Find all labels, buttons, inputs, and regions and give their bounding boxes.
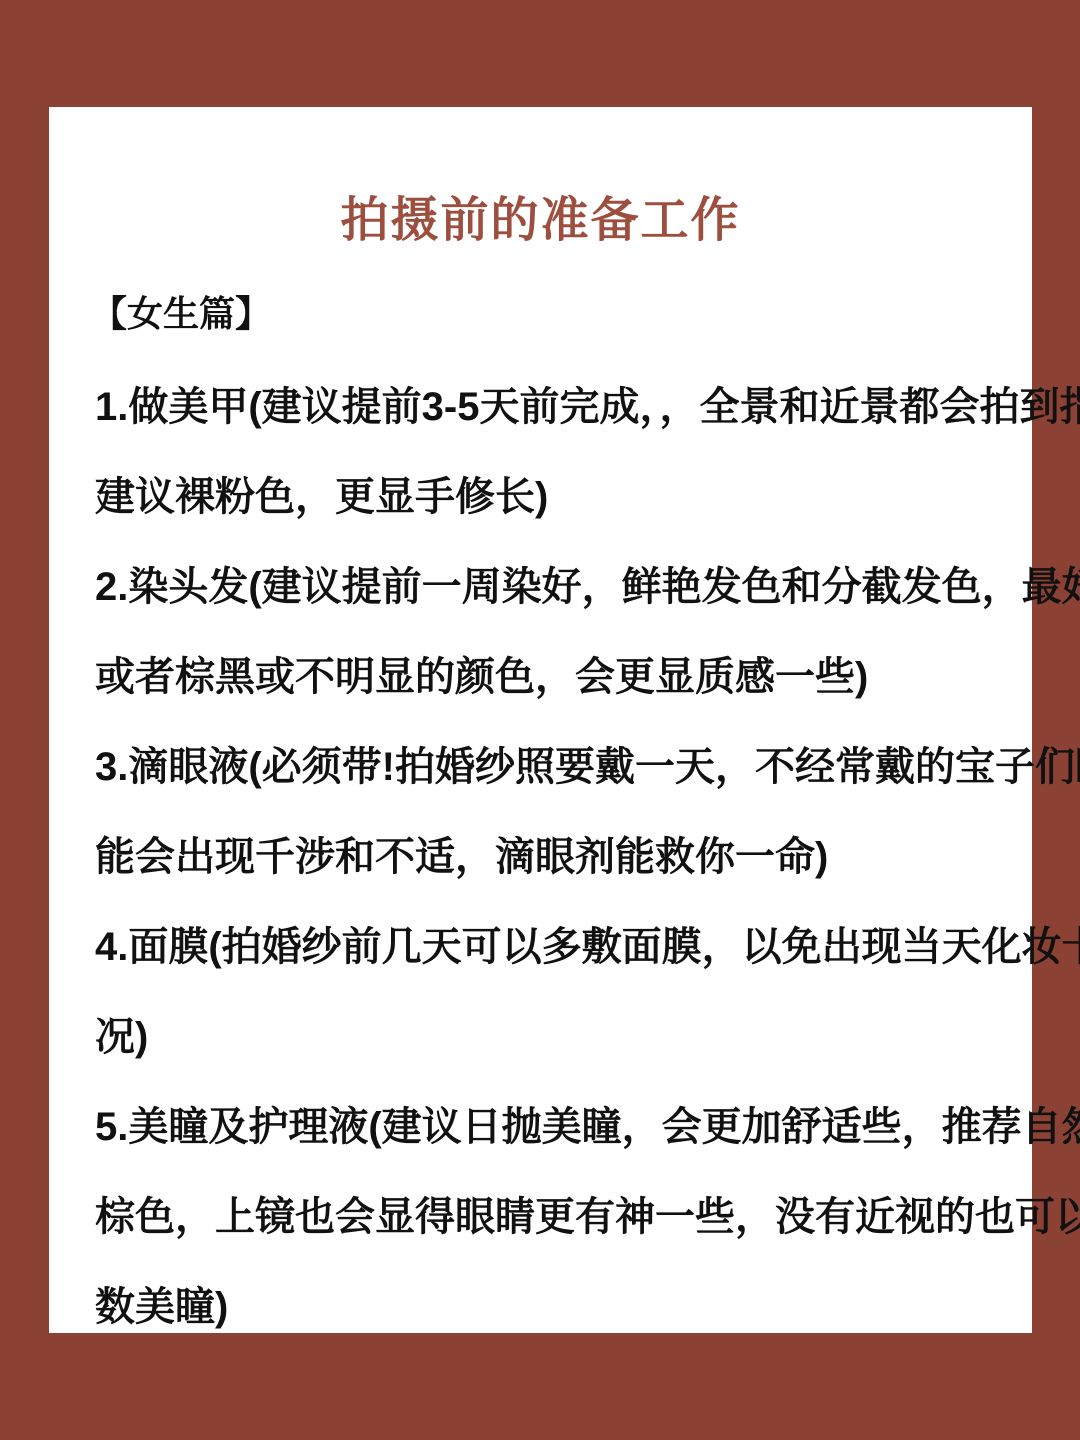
title-row: 拍摄前的准备工作 [49, 190, 1032, 240]
heading-row: 【女生篇】 [91, 291, 992, 331]
text-line-1: 1.做美甲(建议提前3-5天前完成，，全景和近景都会拍到指甲， [95, 358, 1002, 448]
page-title: 拍摄前的准备工作 [340, 181, 740, 250]
text-line-6: 能会出现千涉和不适，滴眼剂能救你一命) [95, 808, 1002, 898]
text-line-2: 建议裸粉色，更显手修长) [95, 448, 1002, 538]
text-line-8: 况) [95, 988, 1002, 1078]
text-line-7: 4.面膜(拍婚纱前几天可以多敷面膜，以免出现当天化妆卡粉的情 [95, 898, 1002, 988]
section-heading-girls: 【女生篇】 [91, 286, 271, 337]
content-card: 拍摄前的准备工作 【女生篇】 1.做美甲(建议提前3-5天前完成，，全景和近景都… [49, 107, 1032, 1333]
tips-text-block: 1.做美甲(建议提前3-5天前完成，，全景和近景都会拍到指甲， 建议裸粉色，更显… [95, 358, 1002, 1348]
text-line-5: 3.滴眼液(必须带!拍婚纱照要戴一天，不经常戴的宝子们眼睛可 [95, 718, 1002, 808]
text-line-4: 或者棕黑或不明显的颜色，会更显质感一些) [95, 628, 1002, 718]
text-line-9: 5.美瞳及护理液(建议日抛美瞳，会更加舒适些，推荐自然一点的 [95, 1078, 1002, 1168]
text-line-3: 2.染头发(建议提前一周染好，鲜艳发色和分截发色，最好是染黑 [95, 538, 1002, 628]
text-line-10: 棕色，上镜也会显得眼睛更有神一些，没有近视的也可以带无度 [95, 1168, 1002, 1258]
text-line-11: 数美瞳) [95, 1258, 1002, 1348]
